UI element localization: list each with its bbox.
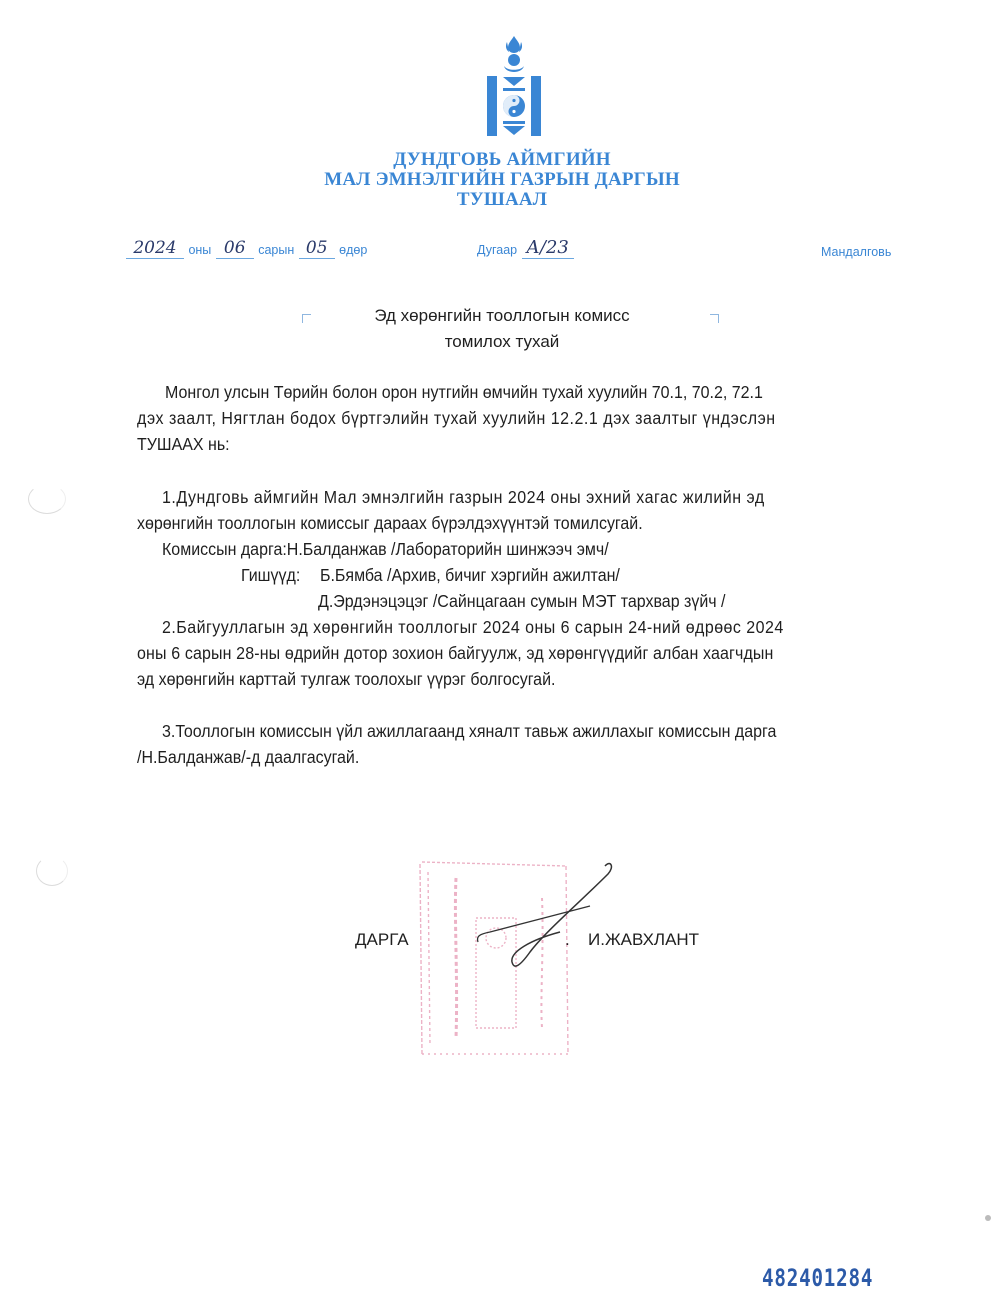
subject-line2: томилох тухай <box>0 329 1004 355</box>
signatory-title: ДАРГА <box>355 930 409 950</box>
item2-line: оны 6 сарын 28-ны өдрийн дотор зохион ба… <box>137 643 774 664</box>
punch-hole-mark <box>36 856 68 886</box>
number-value: А/23 <box>522 240 574 259</box>
subject-line1: Эд хөрөнгийн тооллогын комисс <box>0 303 1004 329</box>
item2-line: 2.Байгууллагын эд хөрөнгийн тооллогыг 20… <box>162 617 784 638</box>
item3-line: 3.Тооллогын комиссын үйл ажиллагаанд хян… <box>162 721 776 742</box>
date-year: 2024 <box>126 240 184 259</box>
punch-hole-mark <box>28 484 66 514</box>
handwritten-signature <box>470 862 620 972</box>
commission-chair: Комиссын дарга:Н.Балданжав /Лабораторийн… <box>162 539 609 560</box>
preamble-line: Монгол улсын Төрийн болон орон нутгийн ө… <box>165 382 763 403</box>
month-label: сарын <box>258 243 294 257</box>
org-name-line1: ДУНДГОВЬ АЙМГИЙН <box>0 150 1004 170</box>
member-item: Д.Эрдэнэцэцэг /Сайнцагаан сумын МЭТ тарх… <box>318 591 725 612</box>
place-name: Мандалговь <box>821 245 891 259</box>
preamble-line: дэх заалт, Нягтлан бодох бүртгэлийн туха… <box>137 408 776 429</box>
preamble-line: ТУШААХ нь: <box>137 434 230 455</box>
serial-number: 482401284 <box>762 1264 873 1292</box>
document-number: Дугаар А/23 <box>477 240 574 259</box>
date-line: 2024 оны 06 сарын 05 өдөр <box>126 240 367 259</box>
members-label: Гишүүд: <box>241 565 300 586</box>
soyombo-emblem-icon <box>484 36 544 136</box>
item2-line: эд хөрөнгийн карттай тулгаж тоолохыг үүр… <box>137 669 555 690</box>
year-label: оны <box>188 243 211 257</box>
scan-dot <box>985 1215 991 1221</box>
document-type: ТУШААЛ <box>0 190 1004 210</box>
date-day: 05 <box>299 240 335 259</box>
day-label: өдөр <box>339 243 367 257</box>
date-month: 06 <box>216 240 254 259</box>
signatory-name: И.ЖАВХЛАНТ <box>588 930 699 950</box>
signatory-dot: . <box>565 930 570 950</box>
item3-line: /Н.Балданжав/-д даалгасугай. <box>137 747 359 768</box>
item1-line: 1.Дундговь аймгийн Мал эмнэлгийн газрын … <box>162 487 765 508</box>
org-name-line2: МАЛ ЭМНЭЛГИЙН ГАЗРЫН ДАРГЫН <box>0 170 1004 190</box>
member-item: Б.Бямба /Архив, бичиг хэргийн ажилтан/ <box>320 565 620 586</box>
number-label: Дугаар <box>477 243 517 257</box>
item1-line: хөрөнгийн тооллогын комиссыг дараах бүрэ… <box>137 513 643 534</box>
